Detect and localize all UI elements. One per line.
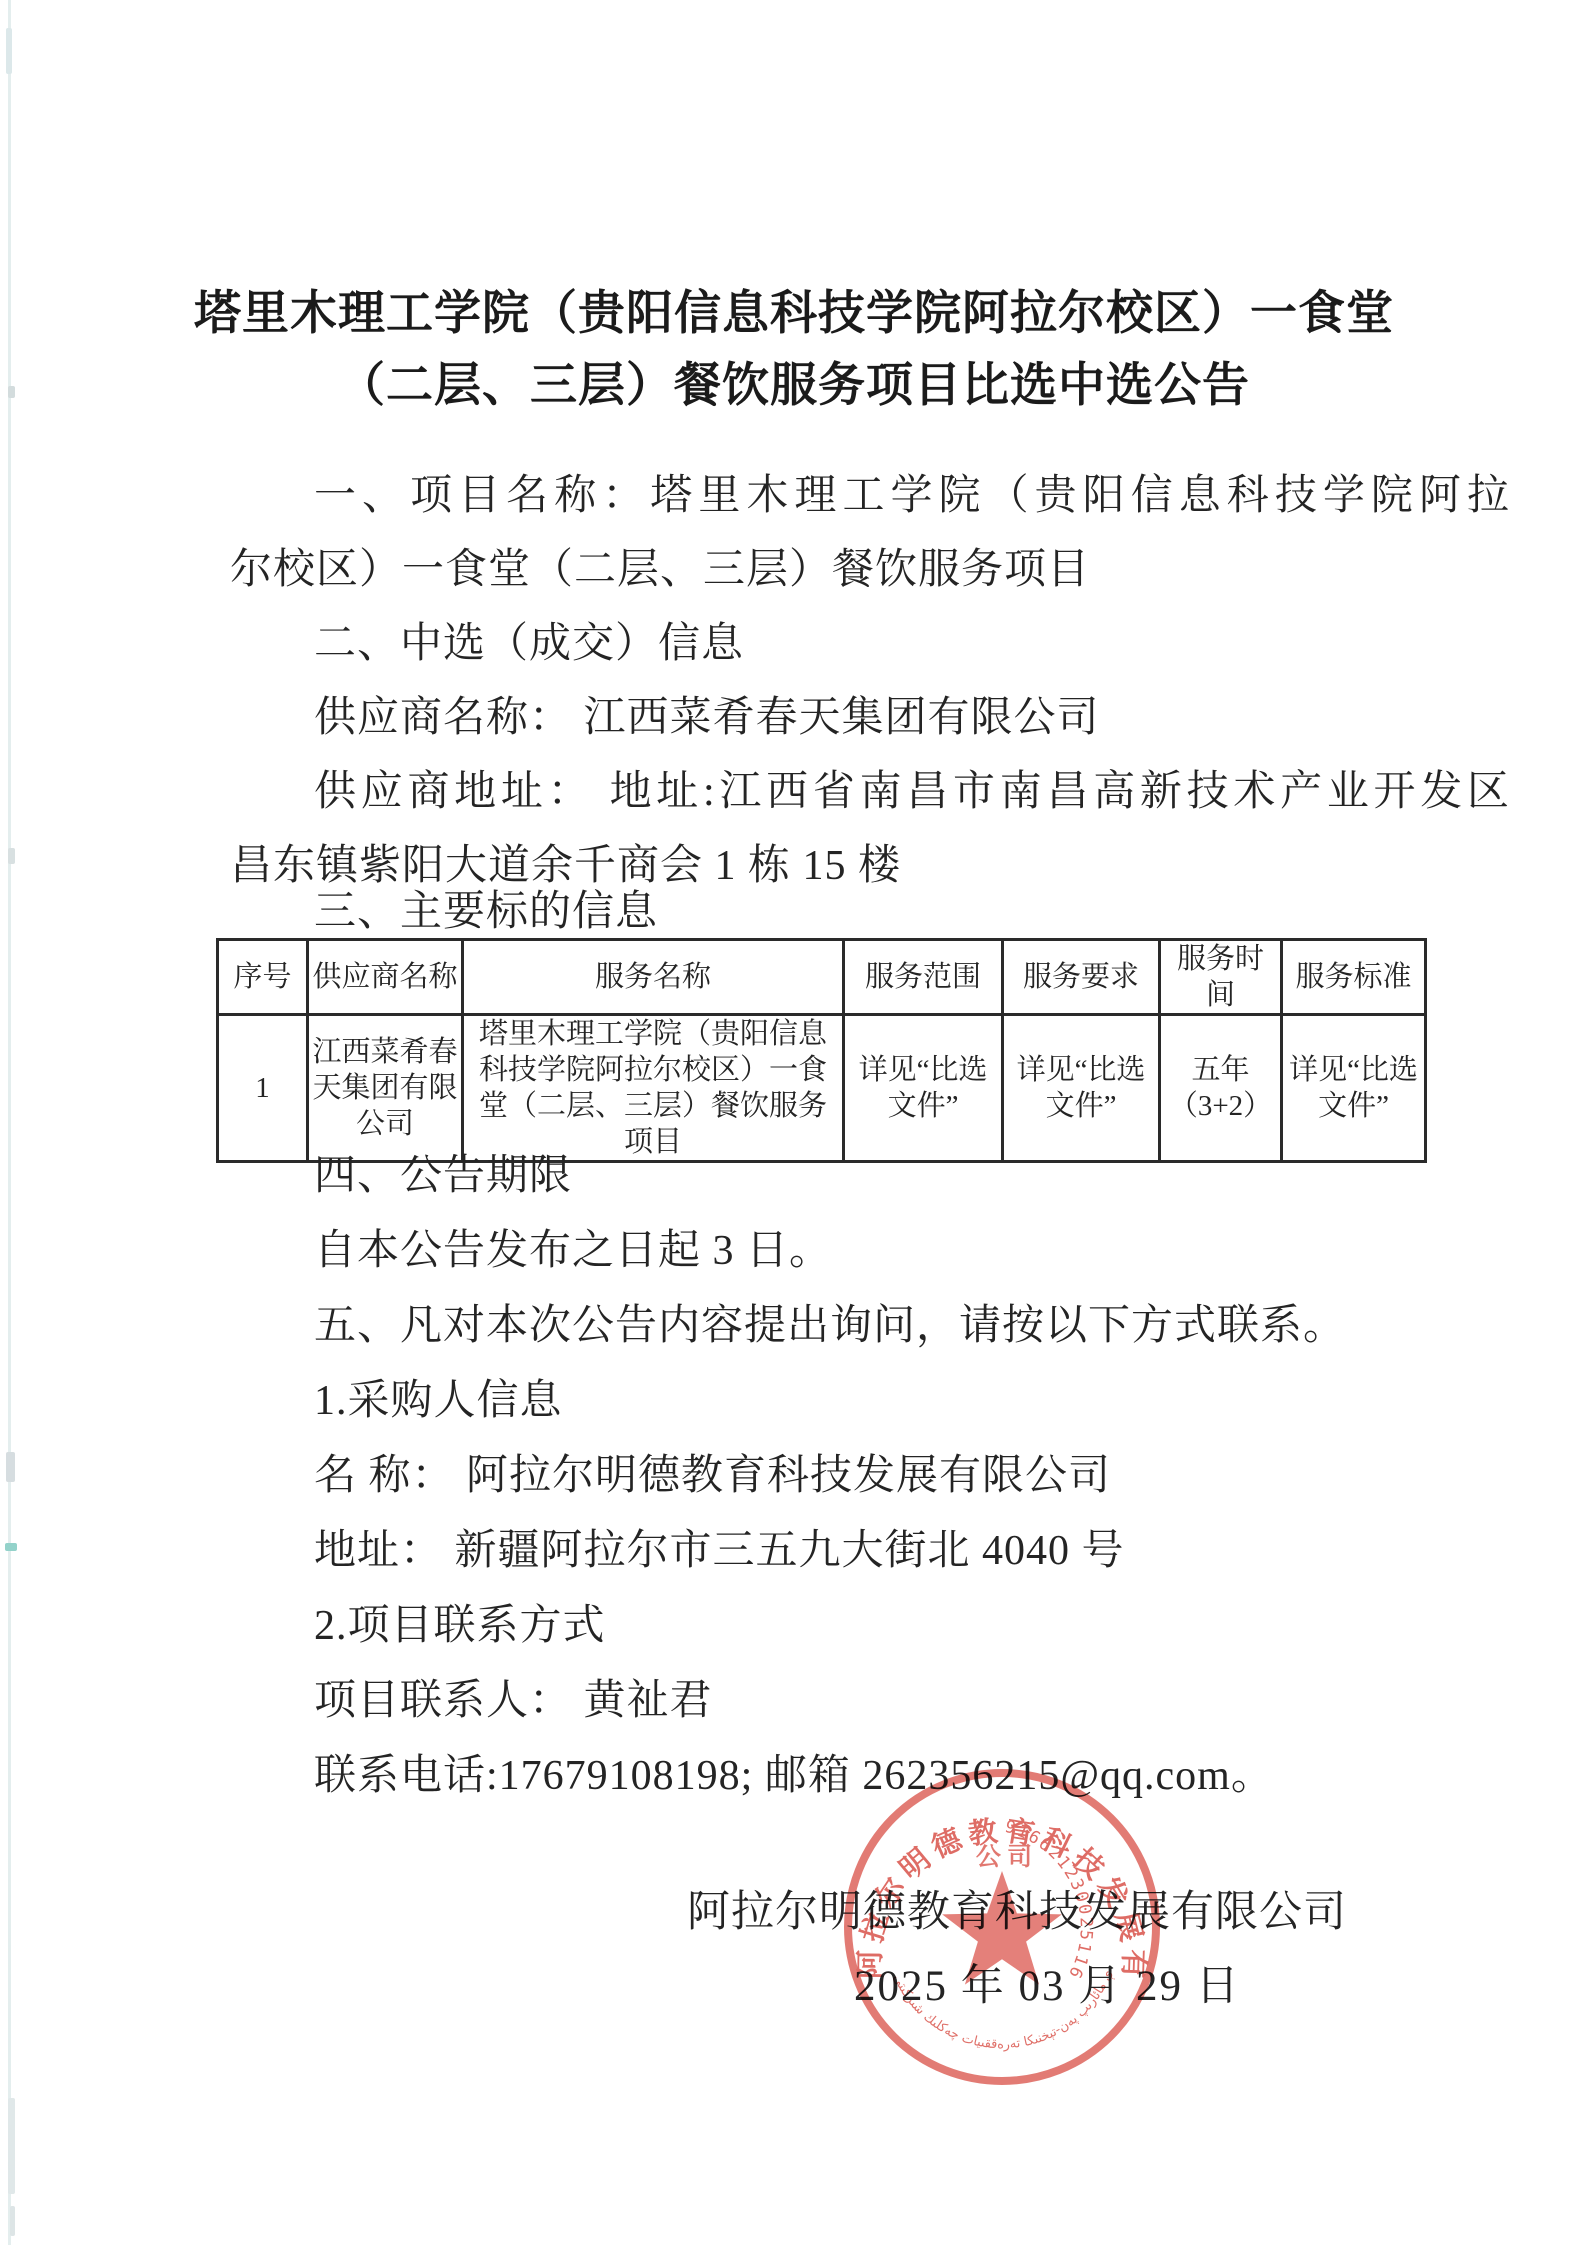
subject-info-table: 序号 供应商名称 服务名称 服务范围 服务要求 服务时间 服务标准 1 江西菜肴…	[216, 938, 1427, 1163]
cell-service-period: 五年（3+2）	[1160, 1015, 1282, 1162]
header-service-requirement: 服务要求	[1003, 940, 1160, 1015]
paragraph-supplier-address-cont: 昌东镇紫阳大道余千商会 1 栋 15 楼	[230, 842, 1426, 890]
subsection-purchaser-info: 1.采购人信息	[230, 1377, 1510, 1425]
scan-speck	[8, 848, 15, 864]
scan-speck	[8, 2098, 15, 2194]
scan-speck	[6, 1452, 15, 1482]
header-service-scope: 服务范围	[844, 940, 1003, 1015]
section-heading-award-info: 二、中选（成交）信息	[230, 620, 1510, 668]
header-supplier-name: 供应商名称	[308, 940, 463, 1015]
section-heading-announcement-period: 四、公告期限	[230, 1152, 1510, 1200]
document-title-line2: （二层、三层）餐饮服务项目比选中选公告	[0, 360, 1588, 412]
header-service-standard: 服务标准	[1282, 940, 1426, 1015]
section-heading-inquiry: 五、凡对本次公告内容提出询问，请按以下方式联系。	[230, 1302, 1510, 1350]
paragraph-purchaser-name: 名 称： 阿拉尔明德教育科技发展有限公司	[230, 1452, 1510, 1500]
scan-speck	[10, 2206, 15, 2236]
table-row: 1 江西菜肴春天集团有限公司 塔里木理工学院（贵阳信息科技学院阿拉尔校区）一食堂…	[218, 1015, 1426, 1162]
cell-service-scope: 详见“比选文件”	[844, 1015, 1003, 1162]
paragraph-supplier-name: 供应商名称： 江西菜肴春天集团有限公司	[230, 694, 1510, 742]
cell-service-requirement: 详见“比选文件”	[1003, 1015, 1160, 1162]
cell-service-name: 塔里木理工学院（贵阳信息科技学院阿拉尔校区）一食堂（二层、三层）餐饮服务项目	[463, 1015, 844, 1162]
header-serial-no: 序号	[218, 940, 308, 1015]
paragraph-project-name: 一、项目名称：塔里木理工学院（贵阳信息科技学院阿拉	[230, 472, 1510, 520]
paragraph-contact-person: 项目联系人： 黄祉君	[230, 1677, 1510, 1725]
paragraph-purchaser-address: 地址： 新疆阿拉尔市三五九大街北 4040 号	[230, 1527, 1510, 1575]
paragraph-announcement-period: 自本公告发布之日起 3 日。	[230, 1227, 1510, 1275]
paragraph-project-name-cont: 尔校区）一食堂（二层、三层）餐饮服务项目	[230, 546, 1426, 594]
header-service-name: 服务名称	[463, 940, 844, 1015]
scan-speck	[6, 28, 12, 74]
cell-serial-no: 1	[218, 1015, 308, 1162]
announcement-page: 塔里木理工学院（贵阳信息科技学院阿拉尔校区）一食堂 （二层、三层）餐饮服务项目比…	[0, 0, 1588, 2245]
document-title-line1: 塔里木理工学院（贵阳信息科技学院阿拉尔校区）一食堂	[0, 288, 1588, 340]
scan-speck	[5, 1543, 17, 1551]
seal-inner-text: 公 司	[976, 1843, 1032, 1871]
seal-star-icon	[942, 1871, 1062, 1985]
cell-supplier-name: 江西菜肴春天集团有限公司	[308, 1015, 463, 1162]
table-header-row: 序号 供应商名称 服务名称 服务范围 服务要求 服务时间 服务标准	[218, 940, 1426, 1015]
company-seal-stamp: 阿拉尔明德教育科技发展有限 公 司 916621230025116 ئارال …	[836, 1761, 1168, 2093]
paragraph-supplier-address: 供应商地址： 地址:江西省南昌市南昌高新技术产业开发区	[230, 768, 1510, 816]
cell-service-standard: 详见“比选文件”	[1282, 1015, 1426, 1162]
subsection-project-contact: 2.项目联系方式	[230, 1602, 1510, 1650]
section-heading-subject-info: 三、主要标的信息	[230, 888, 1510, 936]
header-service-period: 服务时间	[1160, 940, 1282, 1015]
